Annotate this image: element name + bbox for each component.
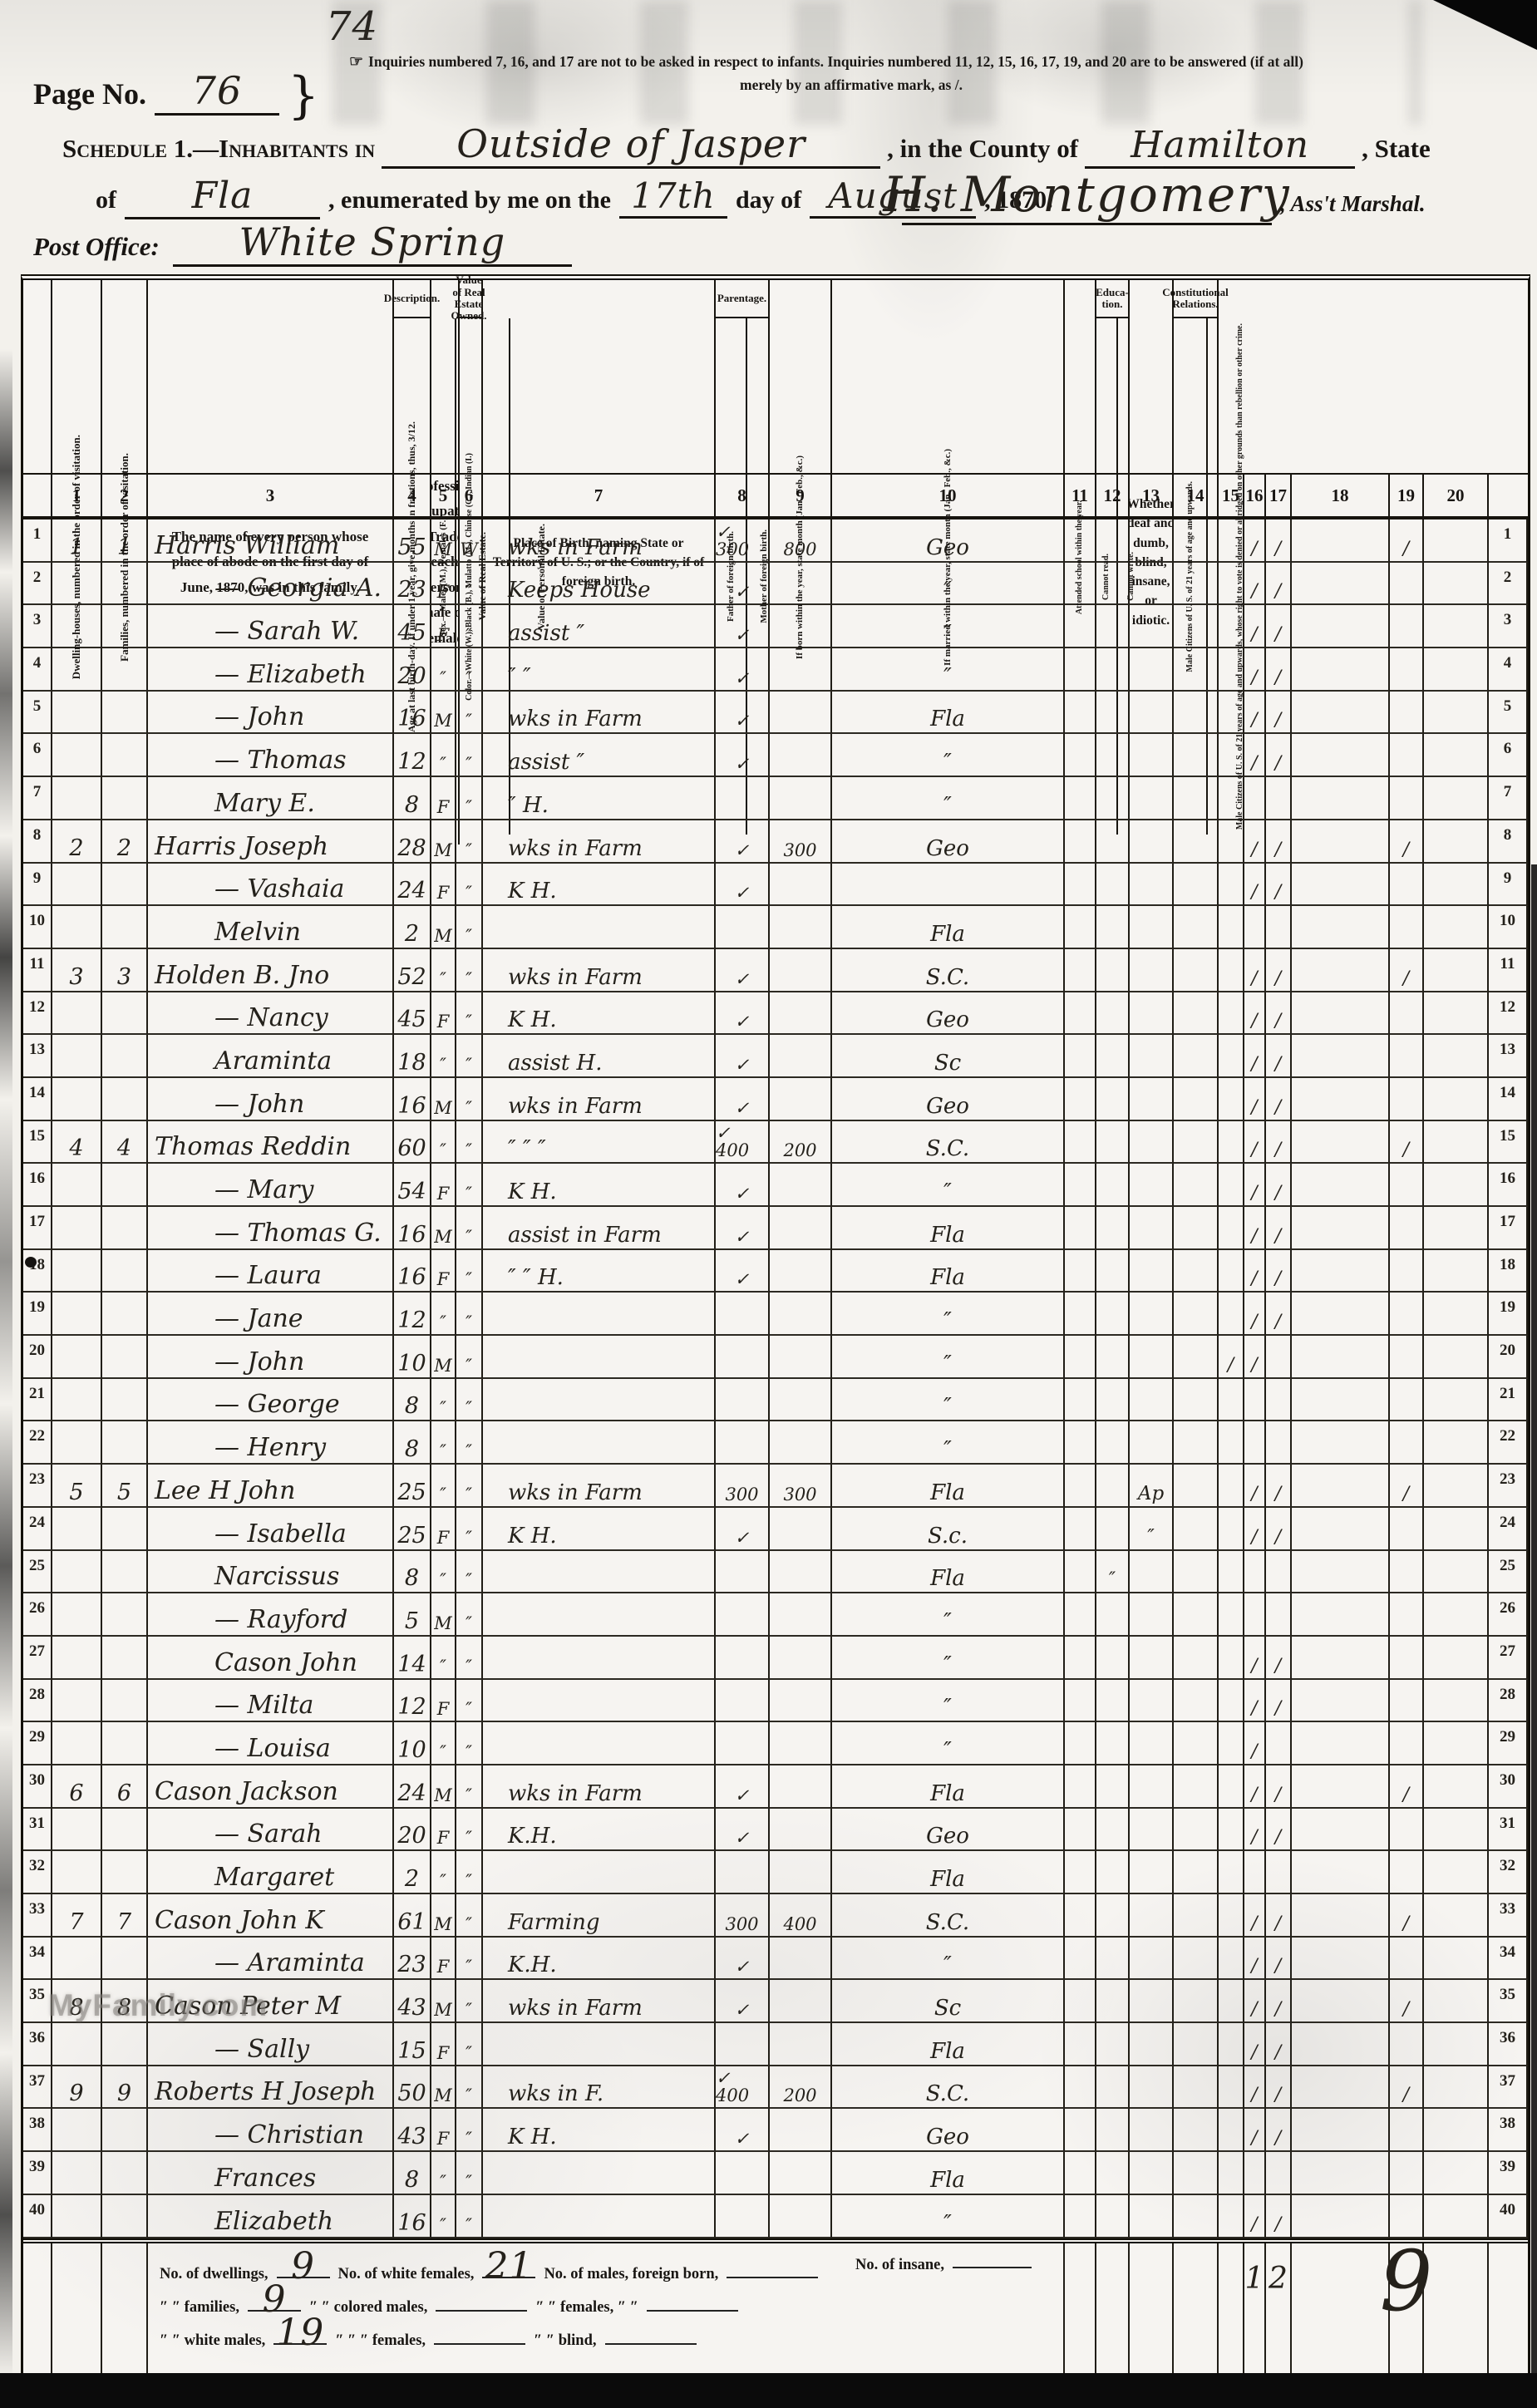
table-cell [1065,1379,1096,1422]
county-field: Hamilton [1085,124,1355,169]
table-cell: / [1266,2066,1292,2110]
table-cell: Sc [832,1035,1065,1078]
table-cell: ✓ [716,992,770,1036]
table-cell: ″ [431,1851,456,1894]
colored-males-label: ″ ″ colored males, [309,2299,427,2317]
table-cell: / [1244,605,1266,648]
heading-text: Male Citizens of U. S. of 21 years of ag… [1185,476,1196,677]
table-cell [102,992,148,1036]
row-number: 18 [1489,1250,1528,1293]
table-cell: 200 [770,2066,832,2110]
table-row: 3377Cason John K61M″Farming300400S.C.///… [23,1894,1528,1938]
table-cell [1219,1851,1244,1894]
table-cell [770,906,832,949]
table-cell: 18 [394,1035,431,1078]
table-cell [1096,2152,1130,2195]
table-cell [1424,1465,1489,1508]
table-cell [1130,1035,1174,1078]
table-cell [1390,1637,1424,1680]
table-cell: / [1244,692,1266,735]
table-cell: ✓ [716,1078,770,1121]
row-number: 13 [23,1035,52,1078]
table-cell: / [1266,820,1292,864]
table-cell [1065,1164,1096,1207]
table-cell [1065,692,1096,735]
row-number: 14 [23,1078,52,1121]
table-cell [102,1379,148,1422]
table-cell [1065,949,1096,992]
table-cell [1065,1593,1096,1637]
table-cell [1065,2195,1096,2238]
post-office-line: Post Office: White Spring [33,219,572,267]
table-row: 4— Elizabeth20″″″ ″✓″//4 [23,648,1528,692]
table-cell [1292,1336,1390,1379]
column-number: 20 [1424,475,1489,516]
table-cell: / [1244,1465,1266,1508]
table-cell [1096,648,1130,692]
table-cell [770,2195,832,2238]
table-cell [770,1765,832,1809]
table-cell: 300 [716,1894,770,1938]
table-cell: / [1244,1765,1266,1809]
summary-spacer [52,2243,102,2383]
table-cell [1266,1379,1292,1422]
families-count: 9 [248,2290,301,2312]
table-cell [1096,692,1130,735]
column-number: 5 [431,475,456,516]
table-cell [1390,605,1424,648]
post-office-label: Post Office: [33,232,160,262]
table-cell [1424,992,1489,1036]
table-cell [1219,1035,1244,1078]
table-cell: wks in Farm [483,1765,716,1809]
table-row: 34— Araminta23F″K.H.✓″//34 [23,1938,1528,1981]
enumerated-label: , enumerated by me on the [328,186,611,214]
table-cell [1219,1293,1244,1336]
table-cell: 10 [394,1336,431,1379]
table-cell: ″ [1096,1551,1130,1594]
heading-text: Value of Real Estate. [475,527,489,625]
row-number: 39 [1489,2152,1528,2195]
row-number: 19 [1489,1293,1528,1336]
table-cell: ″ [431,1121,456,1165]
table-cell: ✓ [716,1035,770,1078]
table-cell: wks in Farm [483,949,716,992]
table-cell: 12 [394,734,431,777]
table-cell [1174,1293,1219,1336]
table-cell: ″ [456,1722,483,1765]
table-cell: ✓ [716,1938,770,1981]
table-cell: ″ [456,1121,483,1165]
table-cell: ″ [456,1637,483,1680]
census-page-scan: MyFamily.com 74 Page No. 76 } ☞Inquiries… [0,0,1537,2408]
table-cell [1219,1593,1244,1637]
table-cell: ″ [456,1293,483,1336]
families-label: ″ ″ families, [160,2299,239,2317]
table-cell [1244,1379,1266,1422]
column-number: 12 [1096,475,1130,516]
table-cell: ✓ [716,1809,770,1852]
table-cell: — Elizabeth [148,648,394,692]
table-cell: K H. [483,864,716,907]
table-cell: ″ [456,2066,483,2110]
table-cell: — Rayford [148,1593,394,1637]
table-cell: Fla [832,1551,1065,1594]
table-cell [1174,1465,1219,1508]
table-row: 20— John10M″″//20 [23,1336,1528,1379]
table-cell [770,1293,832,1336]
table-row: 29— Louisa10″″″/29 [23,1722,1528,1765]
table-cell [1174,734,1219,777]
heading-text: Father of foreign birth. [725,526,737,627]
instructions-line1: Inquiries numbered 7, 16, and 17 are not… [368,53,1303,70]
row-number: 4 [23,648,52,692]
table-cell [1292,2066,1390,2110]
table-cell [1065,1207,1096,1250]
table-cell [1065,1035,1096,1078]
table-cell [1130,2109,1174,2152]
heading-text: Age at last birth-day. If under 1 year, … [405,416,418,737]
table-cell: ″ [431,1421,456,1465]
table-cell [1065,2066,1096,2110]
table-cell [1096,1379,1130,1422]
table-cell [1219,2109,1244,2152]
table-row: 111Harris William55MWwks in Farm✓ 300800… [23,520,1528,563]
table-cell [1174,1421,1219,1465]
table-cell: ″ [456,2152,483,2195]
blank-line [953,2257,1032,2268]
table-cell [1292,734,1390,777]
table-cell: ″ [431,734,456,777]
table-cell: assist in Farm [483,1207,716,1250]
table-cell [1219,1680,1244,1723]
heading-text: Sex.—Males (M.), Females (F.) [437,512,450,642]
table-cell: ″ [431,1551,456,1594]
table-cell [1174,563,1219,606]
table-cell: — John [148,1336,394,1379]
table-row: 22— Henry8″″″22 [23,1421,1528,1465]
table-cell [1424,1379,1489,1422]
table-cell [1424,605,1489,648]
row-number: 24 [23,1508,52,1551]
table-cell [1390,2109,1424,2152]
table-cell [52,1637,102,1680]
table-cell [1219,2066,1244,2110]
table-cell [1065,2109,1096,2152]
table-cell: Roberts H Joseph [148,2066,394,2110]
table-cell: / [1266,1938,1292,1981]
table-cell [1424,1722,1489,1765]
table-cell [1174,1207,1219,1250]
table-cell: M [431,1336,456,1379]
table-cell [770,1035,832,1078]
table-cell: ″ ″ [483,648,716,692]
table-cell: ″ [832,2195,1065,2238]
table-cell: wks in F. [483,2066,716,2110]
brace-glyph: } [288,66,319,125]
table-cell [1174,864,1219,907]
blind-label: ″ ″ blind, [534,2332,596,2350]
table-cell [52,1078,102,1121]
table-cell: ″ [1130,1508,1174,1551]
table-cell [770,1164,832,1207]
row-number: 4 [1489,648,1528,692]
table-cell: ″ [832,1336,1065,1379]
instructions-line2: merely by an affirmative mark, as /. [740,74,1513,96]
table-cell [1424,2023,1489,2066]
table-cell [1174,605,1219,648]
table-cell [1266,777,1292,820]
table-cell: ″ [832,1637,1065,1680]
table-cell [483,1293,716,1336]
table-cell [1065,992,1096,1036]
table-cell: ✓ [716,864,770,907]
table-cell: ″ [832,1421,1065,1465]
table-cell: ″ [431,2195,456,2238]
table-cell [1292,992,1390,1036]
table-cell [1424,1809,1489,1852]
table-cell: 3 [52,949,102,992]
table-cell: ″ [456,906,483,949]
table-cell [1096,1508,1130,1551]
table-cell: wks in Farm [483,1465,716,1508]
table-cell [770,864,832,907]
table-cell [1390,692,1424,735]
table-cell [1244,906,1266,949]
table-cell: / [1266,2109,1292,2152]
table-cell: 9 [52,2066,102,2110]
table-cell [1390,1379,1424,1422]
table-cell [770,949,832,992]
table-cell: F [431,2023,456,2066]
table-cell [770,992,832,1036]
table-cell [1390,2195,1424,2238]
table-cell [102,1035,148,1078]
table-cell [716,1593,770,1637]
table-cell: Fla [832,692,1065,735]
table-cell: / [1266,949,1292,992]
day-of-label: day of [736,186,801,214]
heading-text: Cannot write. [1126,547,1137,606]
table-cell [1390,1293,1424,1336]
table-cell [1292,520,1390,563]
table-cell [1292,1980,1390,2023]
table-cell [1065,734,1096,777]
heading-text: Value of Personal Estate. [535,519,548,635]
table-cell [1390,2023,1424,2066]
table-cell: 60 [394,1121,431,1165]
page-no-value: 76 [192,68,243,113]
table-cell [1219,1894,1244,1938]
table-cell: ″ [832,1293,1065,1336]
table-cell [1424,2066,1489,2110]
table-cell [1219,1722,1244,1765]
row-number: 9 [1489,864,1528,907]
table-cell [102,1551,148,1594]
table-cell: — Nancy [148,992,394,1036]
table-cell [1390,1722,1424,1765]
table-header: Dwelling-houses, numbered in the order o… [23,280,1528,473]
table-cell [102,1680,148,1723]
table-cell [1266,1593,1292,1637]
table-cell [770,1851,832,1894]
table-cell [1424,820,1489,864]
table-cell [1065,1293,1096,1336]
table-cell [1292,1637,1390,1680]
table-cell [1390,1336,1424,1379]
table-cell: — Georgia A. [148,563,394,606]
table-cell [1065,1851,1096,1894]
table-cell [102,2152,148,2195]
table-cell: ″ [431,1293,456,1336]
table-cell [52,1293,102,1336]
county-label: , in the County of [887,134,1078,164]
table-cell: / [1244,820,1266,864]
table-cell [1424,648,1489,692]
white-males-label: ″ ″ white males, [160,2332,265,2350]
table-cell: 25 [394,1465,431,1508]
table-row: 39Frances8″″Fla39 [23,2152,1528,2195]
table-cell: M [431,820,456,864]
table-cell: ″ [431,1722,456,1765]
place-value: Outside of Jasper [456,121,805,166]
table-cell [1096,1980,1130,2023]
table-cell [1292,2152,1390,2195]
column-number: 13 [1130,475,1174,516]
row-number: 38 [1489,2109,1528,2152]
table-cell: — Milta [148,1680,394,1723]
table-cell [1096,992,1130,1036]
table-cell: / [1390,1980,1424,2023]
row-number: 5 [23,692,52,735]
table-cell [1219,1980,1244,2023]
table-cell [1096,1121,1130,1165]
table-cell: ✓ [716,1164,770,1207]
table-cell [1096,1421,1130,1465]
table-cell [1065,1336,1096,1379]
table-cell: Geo [832,2109,1065,2152]
table-cell [1292,1293,1390,1336]
table-cell: — John [148,1078,394,1121]
summary-cell [1219,2243,1244,2383]
table-cell [1130,2152,1174,2195]
table-cell [1174,777,1219,820]
table-cell [1424,692,1489,735]
dwellings-count: 9 [277,2257,330,2278]
table-cell [1390,864,1424,907]
table-cell [1424,1680,1489,1723]
margin-dot-row18 [25,1257,37,1268]
row-number: 25 [23,1551,52,1594]
table-cell: 12 [394,1680,431,1723]
table-cell: Mary E. [148,777,394,820]
row-number: 27 [23,1637,52,1680]
table-cell [52,2109,102,2152]
table-cell: ″ [431,949,456,992]
table-cell [1065,2152,1096,2195]
table-cell [1424,1207,1489,1250]
table-cell [1130,820,1174,864]
table-cell: Harris Joseph [148,820,394,864]
summary-band: No. of dwellings, 9 No. of white females… [23,2238,1528,2383]
state-field: Fla [125,175,320,219]
row-number: 26 [1489,1593,1528,1637]
table-cell [102,1593,148,1637]
table-cell [1424,1938,1489,1981]
table-cell: M [431,692,456,735]
table-cell [1130,2195,1174,2238]
table-cell [1096,2023,1130,2066]
table-cell [1292,1121,1390,1165]
table-cell: / [1244,1207,1266,1250]
table-cell: 4 [102,1121,148,1165]
table-cell: wks in Farm [483,1078,716,1121]
table-cell [1065,1250,1096,1293]
table-cell [52,2195,102,2238]
table-cell [1174,949,1219,992]
table-cell: — Laura [148,1250,394,1293]
table-cell [1096,1809,1130,1852]
table-cell [1130,1250,1174,1293]
table-cell [716,906,770,949]
table-cell: — John [148,692,394,735]
table-cell [1219,2152,1244,2195]
table-cell [1065,1680,1096,1723]
table-cell [1390,563,1424,606]
row-number: 12 [1489,992,1528,1036]
page-no-label: Page No. [33,76,146,111]
table-cell: ″ [832,777,1065,820]
table-cell [832,864,1065,907]
table-cell [770,734,832,777]
table-cell: 300 [716,1465,770,1508]
heading-text: Male Citizens of U. S. of 21 years of ag… [1234,318,1246,835]
table-cell: Melvin [148,906,394,949]
table-cell: / [1266,1250,1292,1293]
table-cell: F [431,864,456,907]
table-cell [1219,2195,1244,2238]
table-cell [52,864,102,907]
row-number: 21 [1489,1379,1528,1422]
row-number: 3 [1489,605,1528,648]
table-cell [1130,1164,1174,1207]
table-cell: / [1244,1336,1266,1379]
table-cell [1174,2109,1219,2152]
table-row: 822Harris Joseph28M″wks in Farm✓300Geo//… [23,820,1528,864]
table-cell [52,1207,102,1250]
table-cell [483,1336,716,1379]
scan-bottom-black-bar [0,2373,1537,2408]
table-cell: ″ [456,1207,483,1250]
table-cell: 8 [394,1551,431,1594]
row-number: 33 [23,1894,52,1938]
table-cell [1292,1938,1390,1981]
table-cell: M [431,1207,456,1250]
table-cell [1096,1894,1130,1938]
table-cell [1174,1938,1219,1981]
table-cell [1130,1421,1174,1465]
table-cell [770,1551,832,1594]
table-cell: Frances [148,2152,394,2195]
table-cell: — Thomas G. [148,1207,394,1250]
table-cell [102,734,148,777]
table-cell [1424,1121,1489,1165]
table-cell [770,1593,832,1637]
instructions: ☞Inquiries numbered 7, 16, and 17 are no… [349,50,1513,97]
table-cell [1174,2023,1219,2066]
table-cell: 5 [102,1465,148,1508]
table-cell [1390,1851,1424,1894]
